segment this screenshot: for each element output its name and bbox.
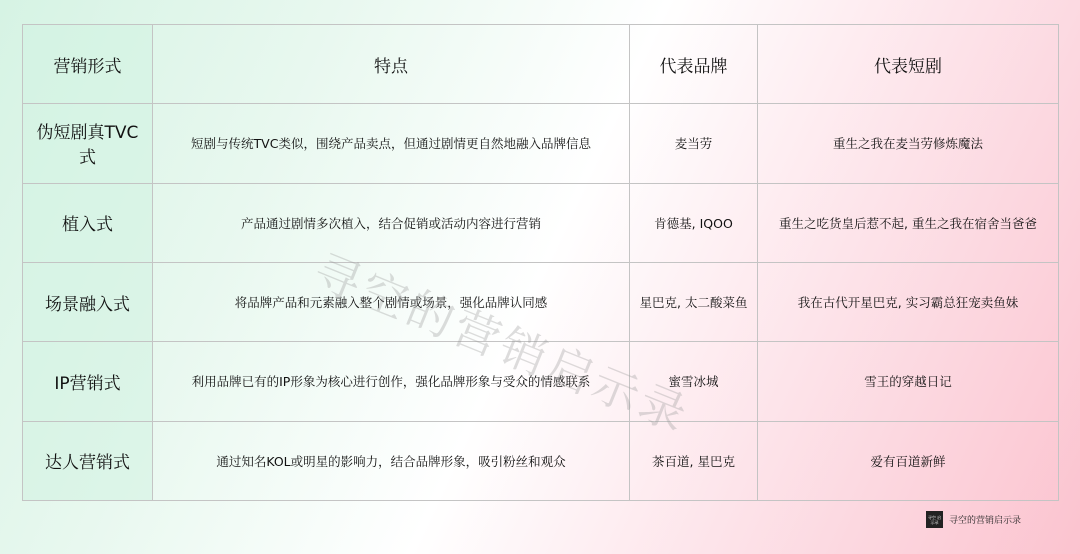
cell-drama: 我在古代开星巴克, 实习霸总狂宠卖鱼妹 xyxy=(758,262,1059,341)
table-row: 场景融入式 将品牌产品和元素融入整个剧情或场景，强化品牌认同感 星巴克, 太二酸… xyxy=(23,262,1059,341)
account-logo-icon: 寻空 启示录 xyxy=(926,511,943,528)
footer-attribution: 寻空 启示录 寻空的营销启示录 xyxy=(926,511,1021,528)
cell-drama: 重生之我在麦当劳修炼魔法 xyxy=(758,104,1059,183)
cell-drama: 雪王的穿越日记 xyxy=(758,342,1059,421)
header-brands: 代表品牌 xyxy=(630,25,758,104)
header-features: 特点 xyxy=(153,25,630,104)
cell-brand: 麦当劳 xyxy=(630,104,758,183)
cell-feature: 将品牌产品和元素融入整个剧情或场景，强化品牌认同感 xyxy=(153,262,630,341)
footer-label: 寻空的营销启示录 xyxy=(949,513,1021,526)
table-header-row: 营销形式 特点 代表品牌 代表短剧 xyxy=(23,25,1059,104)
cell-drama: 重生之吃货皇后惹不起, 重生之我在宿舍当爸爸 xyxy=(758,183,1059,262)
cell-drama: 爱有百道新鲜 xyxy=(758,421,1059,500)
cell-feature: 短剧与传统TVC类似，围绕产品卖点，但通过剧情更自然地融入品牌信息 xyxy=(153,104,630,183)
cell-type: 植入式 xyxy=(23,183,153,262)
table-row: 植入式 产品通过剧情多次植入，结合促销或活动内容进行营销 肯德基, IQOO 重… xyxy=(23,183,1059,262)
cell-brand: 肯德基, IQOO xyxy=(630,183,758,262)
cell-type: IP营销式 xyxy=(23,342,153,421)
cell-feature: 通过知名KOL或明星的影响力，结合品牌形象，吸引粉丝和观众 xyxy=(153,421,630,500)
cell-brand: 蜜雪冰城 xyxy=(630,342,758,421)
marketing-forms-table: 营销形式 特点 代表品牌 代表短剧 伪短剧真TVC式 短剧与传统TVC类似，围绕… xyxy=(22,24,1059,501)
cell-brand: 星巴克, 太二酸菜鱼 xyxy=(630,262,758,341)
table-row: 达人营销式 通过知名KOL或明星的影响力，结合品牌形象，吸引粉丝和观众 茶百道,… xyxy=(23,421,1059,500)
table-row: IP营销式 利用品牌已有的IP形象为核心进行创作，强化品牌形象与受众的情感联系 … xyxy=(23,342,1059,421)
cell-feature: 产品通过剧情多次植入，结合促销或活动内容进行营销 xyxy=(153,183,630,262)
header-dramas: 代表短剧 xyxy=(758,25,1059,104)
cell-feature: 利用品牌已有的IP形象为核心进行创作，强化品牌形象与受众的情感联系 xyxy=(153,342,630,421)
table-row: 伪短剧真TVC式 短剧与传统TVC类似，围绕产品卖点，但通过剧情更自然地融入品牌… xyxy=(23,104,1059,183)
cell-type: 伪短剧真TVC式 xyxy=(23,104,153,183)
cell-type: 达人营销式 xyxy=(23,421,153,500)
cell-type: 场景融入式 xyxy=(23,262,153,341)
header-marketing-form: 营销形式 xyxy=(23,25,153,104)
cell-brand: 茶百道, 星巴克 xyxy=(630,421,758,500)
